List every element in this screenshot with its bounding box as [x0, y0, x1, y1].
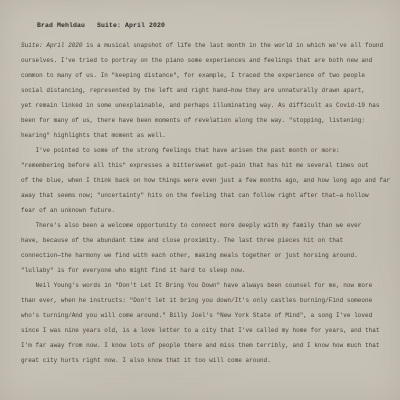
text-line: connection—the harmony we find with each…: [21, 248, 387, 263]
liner-notes-text: Suite: April 2020 is a musical snapshot …: [21, 38, 387, 368]
album-title-italic: Suite: April 2020: [21, 42, 83, 49]
text-line: social distancing, represented by the le…: [21, 83, 387, 98]
text-line: than ever, when he instructs: "Don't let…: [21, 293, 387, 308]
text-line: ourselves. I've tried to portray on the …: [21, 53, 387, 68]
text-line: "lullaby" is for everyone who might find…: [21, 263, 387, 278]
text-line: since I was nine years old, is a love le…: [21, 323, 387, 338]
album-liner-notes-cover: Brad MehldauSuite: April 2020 Suite: Apr…: [0, 0, 400, 400]
text-line: away that seems now; "uncertainty" hits …: [21, 188, 387, 203]
album-title: Suite: April 2020: [97, 22, 165, 29]
artist-name: Brad Mehldau: [37, 22, 85, 29]
text-line: of the blue, when I think back on how th…: [21, 173, 387, 188]
text-line: fear of an unknown future.: [21, 203, 387, 218]
text-line: common to many of us. In "keeping distan…: [21, 68, 387, 83]
first-line-rest: is a musical snapshot of life the last m…: [83, 42, 384, 49]
text-line: Neil Young's words in "Don't Let It Brin…: [21, 278, 387, 293]
text-line: yet remain linked in some unexplainable,…: [21, 98, 387, 113]
text-line: hearing" highlights that moment as well.: [21, 128, 387, 143]
text-line: There's also been a welcome opportunity …: [21, 218, 387, 233]
text-line: I'm far away from now. I know lots of pe…: [21, 338, 387, 353]
text-line: who's turning/And you will come around."…: [21, 308, 387, 323]
text-line: I've pointed to some of the strong feeli…: [21, 143, 387, 158]
text-line-first: Suite: April 2020 is a musical snapshot …: [21, 38, 387, 53]
text-line: "remembering before all this" expresses …: [21, 158, 387, 173]
text-line: great city hurts right now. I also know …: [21, 353, 387, 368]
text-line: been for many of us, there have been mom…: [21, 113, 387, 128]
text-lines: ourselves. I've tried to portray on the …: [21, 53, 387, 368]
page-title: Brad MehldauSuite: April 2020: [21, 15, 165, 36]
text-line: have, because of the abundant time and c…: [21, 233, 387, 248]
